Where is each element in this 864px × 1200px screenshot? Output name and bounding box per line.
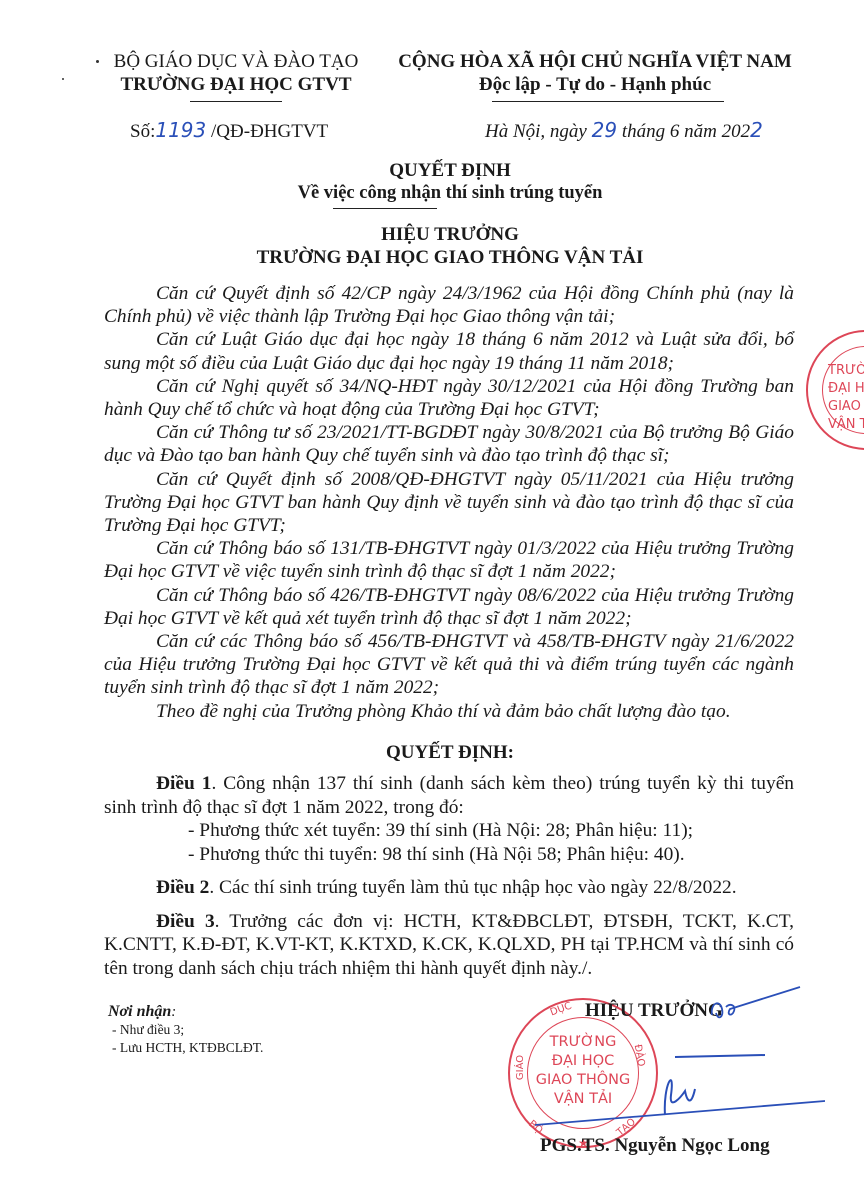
document-number: Số:1193 /QĐ-ĐHGTVT xyxy=(130,118,328,143)
country-name: CỘNG HÒA XÃ HỘI CHỦ NGHĨA VIỆT NAM xyxy=(380,50,810,73)
ministry-name: BỘ GIÁO DỤC VÀ ĐÀO TẠO xyxy=(96,50,376,73)
scan-speck xyxy=(62,78,64,80)
articles-section: Điều 1. Công nhận 137 thí sinh (danh sác… xyxy=(104,772,794,980)
signature-scribble-icon xyxy=(525,1045,825,1135)
document-subject: Về việc công nhận thí sinh trúng tuyển xyxy=(100,183,800,204)
national-motto: Độc lập - Tự do - Hạnh phúc xyxy=(380,73,810,96)
legal-basis-item: Căn cứ Quyết định số 42/CP ngày 24/3/196… xyxy=(104,282,794,328)
legal-basis-item: Căn cứ các Thông báo số 456/TB-ĐHGTVT và… xyxy=(104,630,794,700)
legal-basis-item: Căn cứ Thông báo số 131/TB-ĐHGTVT ngày 0… xyxy=(104,537,794,583)
national-header-block: CỘNG HÒA XÃ HỘI CHỦ NGHĨA VIỆT NAM Độc l… xyxy=(380,50,810,96)
authority-title: HIỆU TRƯỞNG xyxy=(100,224,800,246)
recipients-block: Nơi nhận: - Như điều 3; - Lưu HCTH, KTĐB… xyxy=(108,1003,263,1057)
legal-basis-item: Căn cứ Luật Giáo dục đại học ngày 18 thá… xyxy=(104,328,794,374)
article-2: Điều 2. Các thí sinh trúng tuyển làm thủ… xyxy=(104,876,794,900)
initials-scribble-icon xyxy=(700,985,810,1025)
subject-underline xyxy=(333,208,437,209)
university-name: TRƯỜNG ĐẠI HỌC GTVT xyxy=(96,73,376,96)
article-3-label: Điều 3 xyxy=(156,911,215,932)
recipient-item: - Như điều 3; xyxy=(108,1021,263,1039)
decision-heading: QUYẾT ĐỊNH: xyxy=(100,742,800,764)
article-1: Điều 1. Công nhận 137 thí sinh (danh sác… xyxy=(104,772,794,819)
document-type-title: QUYẾT ĐỊNH xyxy=(100,160,800,182)
handwritten-number: 1193 xyxy=(155,118,206,142)
article-1-label: Điều 1 xyxy=(156,773,211,794)
preamble-section: Căn cứ Quyết định số 42/CP ngày 24/3/196… xyxy=(104,282,794,723)
legal-basis-item: Căn cứ Thông báo số 426/TB-ĐHGTVT ngày 0… xyxy=(104,584,794,630)
recipients-title: Nơi nhận xyxy=(108,1003,171,1020)
legal-basis-item: Căn cứ Nghị quyết số 34/NQ-HĐT ngày 30/1… xyxy=(104,375,794,421)
handwritten-day: 29 xyxy=(592,118,617,142)
handwritten-year-digit: 2 xyxy=(750,118,763,142)
signatory-name: PGS.TS. Nguyễn Ngọc Long xyxy=(540,1135,770,1157)
article-2-label: Điều 2 xyxy=(156,877,209,898)
issuing-agency-block: BỘ GIÁO DỤC VÀ ĐÀO TẠO TRƯỜNG ĐẠI HỌC GT… xyxy=(96,50,376,96)
authority-organization: TRƯỜNG ĐẠI HỌC GIAO THÔNG VẬN TẢI xyxy=(100,247,800,269)
article-1-bullet: - Phương thức xét tuyển: 39 thí sinh (Hà… xyxy=(104,819,794,843)
header-left-underline xyxy=(190,101,282,102)
article-1-bullet: - Phương thức thi tuyển: 98 thí sinh (Hà… xyxy=(104,843,794,867)
article-3: Điều 3. Trưởng các đơn vị: HCTH, KT&ĐBCL… xyxy=(104,910,794,981)
recipient-item: - Lưu HCTH, KTĐBCLĐT. xyxy=(108,1039,263,1057)
decision-document-page: BỘ GIÁO DỤC VÀ ĐÀO TẠO TRƯỜNG ĐẠI HỌC GT… xyxy=(0,0,864,1200)
header-right-underline xyxy=(492,101,724,102)
legal-basis-item: Căn cứ Quyết định số 2008/QĐ-ĐHGTVT ngày… xyxy=(104,468,794,538)
legal-basis-item: Căn cứ Thông tư số 23/2021/TT-BGDĐT ngày… xyxy=(104,421,794,467)
document-date: Hà Nội, ngày 29 tháng 6 năm 2022 xyxy=(485,118,763,143)
proposal-basis: Theo đề nghị của Trưởng phòng Khảo thí v… xyxy=(104,700,794,723)
margin-seal-stamp: TRƯỜNG ĐẠI HỌC GIAO THÔNG VẬN TẢI xyxy=(806,330,864,450)
